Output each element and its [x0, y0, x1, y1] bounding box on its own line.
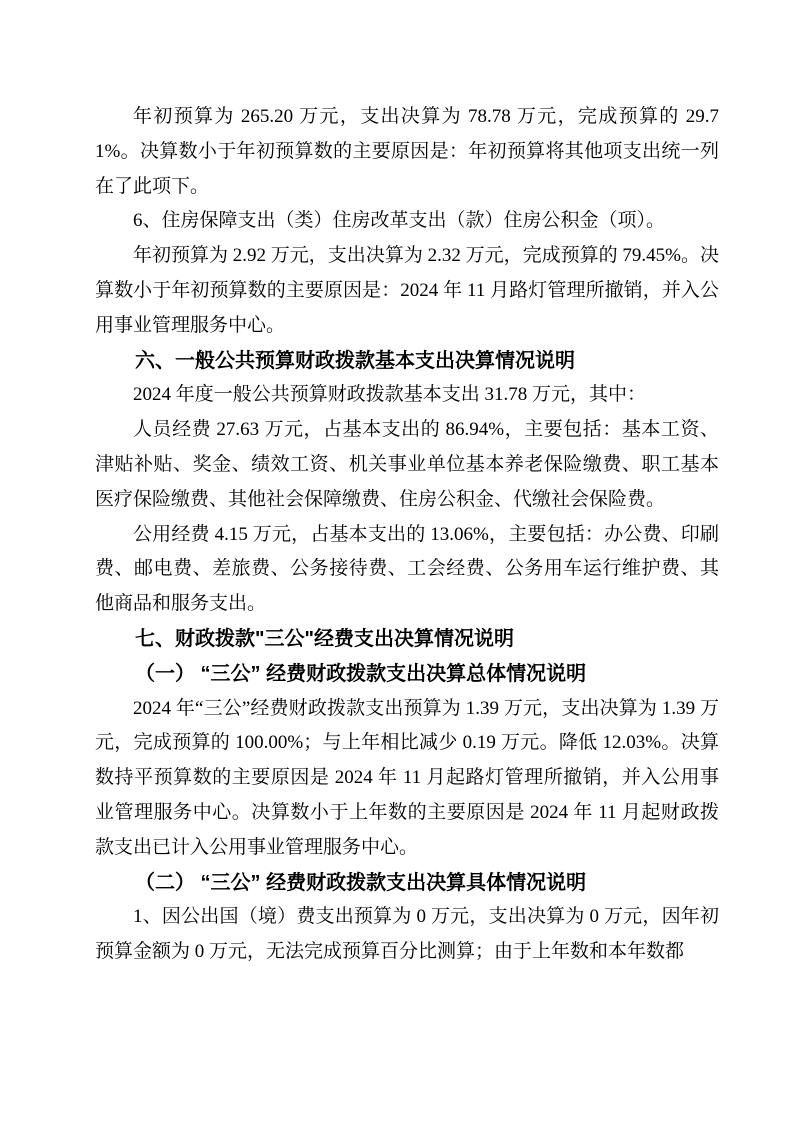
para-public-funds: 公用经费 4.15 万元，占基本支出的 13.06%，主要包括：办公费、印刷费、… [95, 518, 719, 622]
para-basic-expenditure-total: 2024 年度一般公共预算财政拨款基本支出 31.78 万元，其中： [95, 378, 719, 413]
heading-sub-one-overall: （一） “三公” 经费财政拨款支出决算总体情况说明 [95, 657, 719, 692]
heading-section-six-basic-expenditure: 六、一般公共预算财政拨款基本支出决算情况说明 [95, 344, 719, 379]
document-page: 年初预算为 265.20 万元，支出决算为 78.78 万元，完成预算的 29.… [0, 0, 793, 1122]
para-housing-item-title: 6、住房保障支出（类）住房改革支出（款）住房公积金（项）。 [95, 204, 719, 239]
heading-section-seven-three-public: 七、财政拨款"三公"经费支出决算情况说明 [95, 622, 719, 657]
para-budget-265-20: 年初预算为 265.20 万元，支出决算为 78.78 万元，完成预算的 29.… [95, 100, 719, 204]
para-three-public-overview: 2024 年“三公”经费财政拨款支出预算为 1.39 万元，支出决算为 1.39… [95, 692, 719, 866]
para-abroad-expense: 1、因公出国（境）费支出预算为 0 万元，支出决算为 0 万元，因年初预算金额为… [95, 900, 719, 970]
para-personnel-funds: 人员经费 27.63 万元，占基本支出的 86.94%，主要包括：基本工资、津贴… [95, 413, 719, 517]
heading-sub-two-specific: （二） “三公” 经费财政拨款支出决算具体情况说明 [95, 866, 719, 901]
para-housing-fund-budget: 年初预算为 2.92 万元，支出决算为 2.32 万元，完成预算的 79.45%… [95, 239, 719, 343]
document-body: 年初预算为 265.20 万元，支出决算为 78.78 万元，完成预算的 29.… [95, 100, 719, 970]
